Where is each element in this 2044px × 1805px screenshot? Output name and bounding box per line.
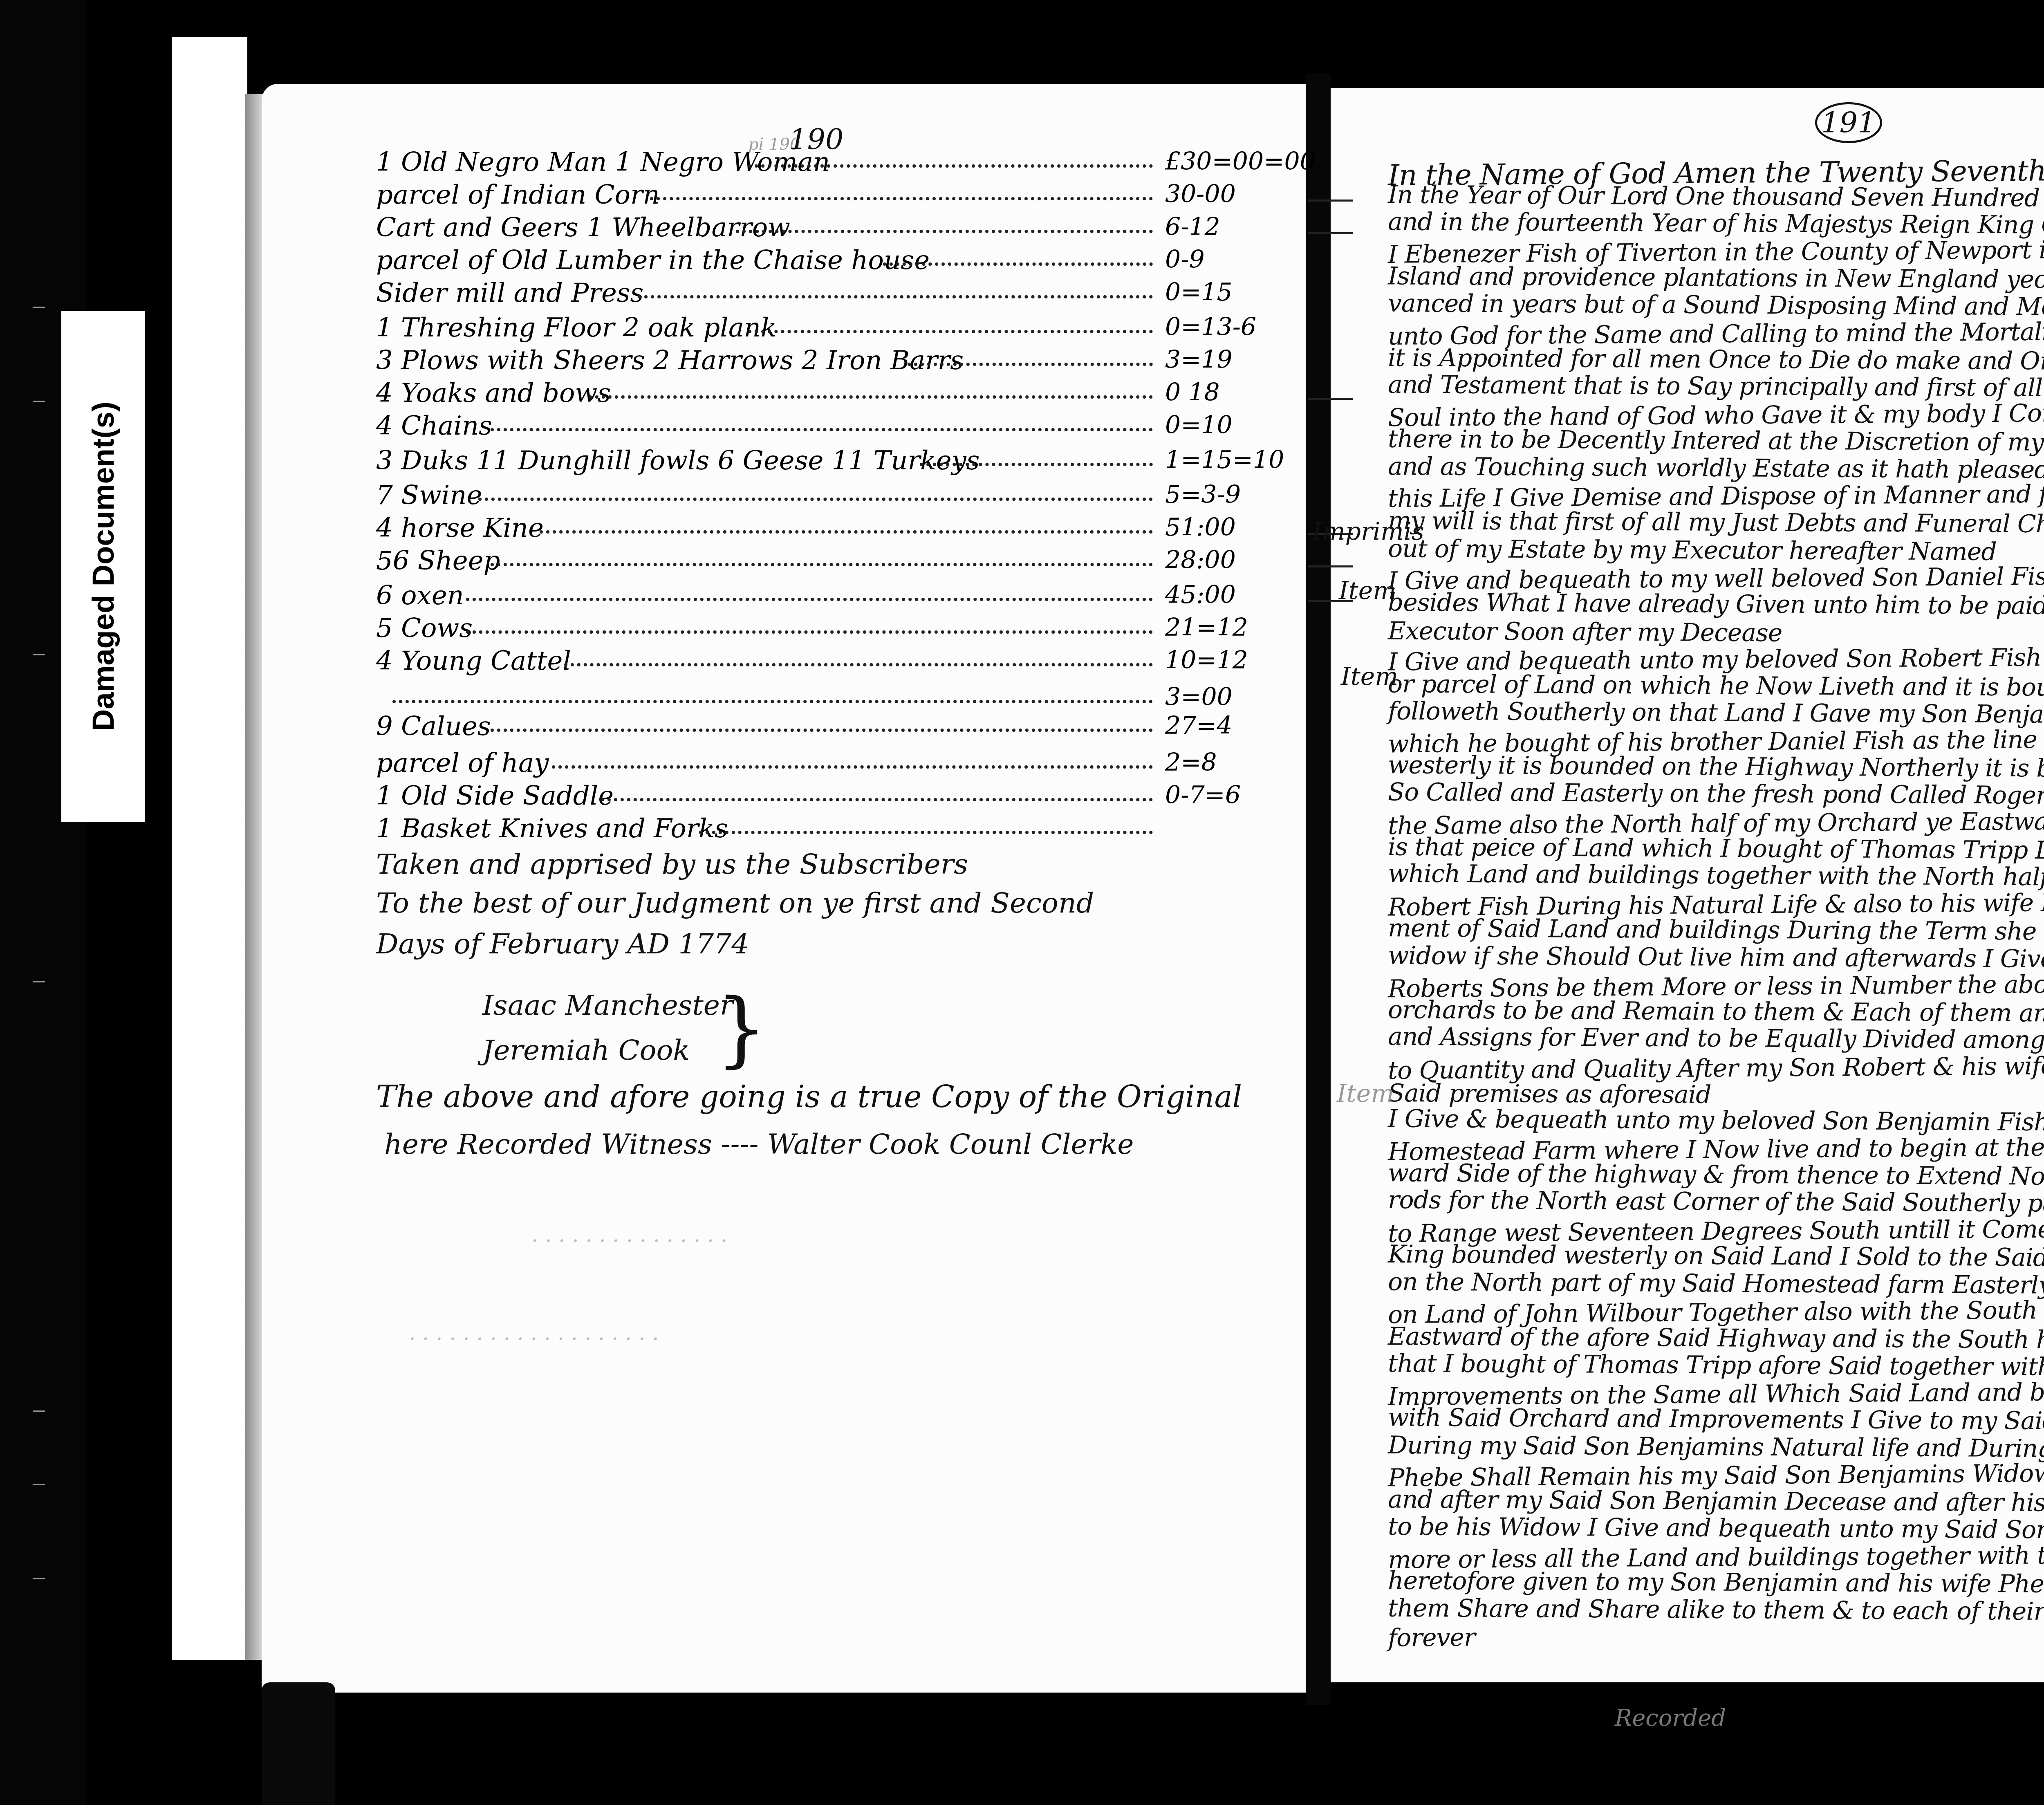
inventory-row: 4 Young Cattel10=12 (376, 646, 1316, 682)
leader-dots (466, 597, 1153, 601)
inventory-row: 4 Yoaks and bows0 18 (376, 378, 1316, 414)
inventory-item: 6 oxen (376, 581, 464, 611)
leader-dots (638, 294, 1153, 298)
leader-dots (908, 362, 1153, 366)
inventory-row: 1 Old Side Saddle0-7=6 (376, 781, 1316, 817)
leader-dots (491, 728, 1153, 732)
inventory-value: 30-00 (1165, 180, 1236, 209)
inventory-value: 1=15=10 (1165, 446, 1284, 474)
leader-dots (392, 699, 1153, 703)
margin-note-item: Item (1337, 1079, 1394, 1108)
inventory-row: 5 Cows21=12 (376, 613, 1316, 649)
inventory-row: 4 horse Kine51:00 (376, 513, 1316, 549)
attestation-line: To the best of our Judgment on ye first … (376, 887, 1094, 919)
inventory-row: 1 Old Negro Man 1 Negro Woman£30=00=00 (376, 147, 1316, 183)
leader-dots (478, 497, 1153, 501)
inventory-row: parcel of hay2=8 (376, 748, 1316, 784)
inventory-value: £30=00=00 (1165, 147, 1316, 176)
page-number-right: 191 (1815, 102, 1882, 143)
leader-dots (748, 329, 1153, 333)
leader-dots (883, 262, 1153, 266)
inventory-item: 9 Calues (376, 711, 491, 742)
inventory-item: 3 Plows with Sheers 2 Harrows 2 Iron Bar… (376, 345, 964, 376)
leader-dots (699, 830, 1153, 834)
inventory-item: 7 Swine (376, 480, 482, 511)
book-cover-edge (0, 0, 86, 1805)
cover-mark (33, 1578, 45, 1579)
cover-mark (33, 1410, 45, 1412)
inventory-item: parcel of Indian Corn (376, 180, 660, 210)
margin-note-item: Item (1341, 662, 1398, 691)
inventory-row: 1 Threshing Floor 2 oak plank0=13-6 (376, 313, 1316, 349)
inventory-row: 6 oxen45:00 (376, 581, 1316, 617)
inventory-value: 6-12 (1165, 213, 1220, 241)
leader-dots (491, 427, 1153, 431)
cover-mark (33, 981, 45, 982)
inventory-item: 4 Yoaks and bows (376, 378, 611, 408)
inventory-row: Cart and Geers 1 Wheelbarrow6-12 (376, 213, 1316, 249)
leader-dots (491, 562, 1153, 566)
signature-brace: } (715, 981, 767, 1076)
inventory-row: 1 Basket Knives and Forks (376, 814, 1316, 850)
inventory-item: parcel of Old Lumber in the Chaise house (376, 245, 930, 276)
inventory-item: 1 Basket Knives and Forks (376, 814, 728, 844)
certification-line: here Recorded Witness ---- Walter Cook C… (384, 1128, 1134, 1161)
will-line: and in the fourteenth Year of his Majest… (1388, 207, 2044, 240)
inventory-value: 0=10 (1165, 411, 1233, 439)
cover-mark (33, 1484, 45, 1485)
inventory-value: 3=00 (1165, 683, 1233, 711)
inventory-row: 3 Duks 11 Dunghill fowls 6 Geese 11 Turk… (376, 446, 1316, 482)
leader-dots (552, 765, 1153, 769)
inventory-item: Cart and Geers 1 Wheelbarrow (376, 213, 790, 243)
inventory-row: 3 Plows with Sheers 2 Harrows 2 Iron Bar… (376, 345, 1316, 381)
leader-dots (650, 196, 1153, 200)
leader-dots (589, 395, 1153, 399)
inventory-value: 45:00 (1165, 581, 1236, 609)
inventory-row: 7 Swine5=3-9 (376, 480, 1316, 516)
footer-faint-text: Recorded (1615, 1705, 1726, 1731)
leader-dots (466, 630, 1153, 634)
leader-dots (736, 229, 1153, 233)
inventory-value: 28:00 (1165, 546, 1236, 574)
inventory-value: 5=3-9 (1165, 480, 1241, 509)
signature-appraiser: Jeremiah Cook (482, 1034, 690, 1067)
value-rule (1308, 398, 1353, 400)
inventory-item: 4 horse Kine (376, 513, 544, 543)
inventory-item: 4 Young Cattel (376, 646, 571, 676)
inventory-row: Sider mill and Press0=15 (376, 278, 1316, 314)
attestation-line: Days of February AD 1774 (376, 928, 749, 960)
will-line: on the North part of my Said Homestead f… (1388, 1267, 2044, 1301)
inventory-value: 3=19 (1165, 345, 1233, 374)
will-line: besides What I have already Given unto h… (1388, 588, 2044, 621)
inventory-item: 4 Chains (376, 411, 492, 441)
inventory-value: 10=12 (1165, 646, 1248, 675)
will-line: that I bought of Thomas Tripp afore Said… (1388, 1349, 2044, 1383)
inventory-item: 1 Old Negro Man 1 Negro Woman (376, 147, 830, 177)
attestation-line: Taken and apprised by us the Subscribers (376, 848, 968, 881)
inventory-item: 1 Old Side Saddle (376, 781, 614, 811)
inventory-value: 0-7=6 (1165, 781, 1241, 809)
inventory-value: 2=8 (1165, 748, 1217, 777)
inventory-row: parcel of Old Lumber in the Chaise house… (376, 245, 1316, 281)
will-line: Executor Soon after my Decease (1388, 617, 1782, 647)
inventory-item: Sider mill and Press (376, 278, 643, 308)
flyleaf (172, 37, 247, 1660)
cover-mark (33, 307, 45, 308)
inventory-value: 0 18 (1165, 378, 1220, 407)
inventory-value: 21=12 (1165, 613, 1248, 642)
stamp-text: Damaged Document(s) (87, 401, 120, 731)
will-line: During my Said Son Benjamins Natural lif… (1388, 1431, 2044, 1464)
will-line: I Give & bequeath unto my beloved Son Be… (1388, 1104, 2044, 1138)
value-rule (1308, 232, 1353, 234)
inventory-row: parcel of Indian Corn30-00 (376, 180, 1316, 216)
inventory-value: 51:00 (1165, 513, 1236, 542)
inventory-row: 56 Sheep28:00 (376, 546, 1316, 582)
leader-dots (920, 462, 1153, 466)
cover-mark (33, 654, 45, 655)
leader-dots (540, 529, 1153, 534)
damaged-document-stamp: Damaged Document(s) (61, 311, 145, 822)
inventory-item: 56 Sheep (376, 546, 500, 576)
inventory-value: 0=13-6 (1165, 313, 1256, 341)
will-line: followeth Southerly on that Land I Gave … (1388, 697, 2044, 730)
will-line: widow if she Should Out live him and aft… (1388, 941, 2044, 975)
inventory-row: 4 Chains0=10 (376, 411, 1316, 447)
leader-dots (748, 164, 1153, 168)
inventory-value: 0=15 (1165, 278, 1233, 307)
inventory-row: 9 Calues27=4 (376, 711, 1316, 747)
certification-line: The above and afore going is a true Copy… (376, 1079, 1242, 1114)
cover-mark (33, 401, 45, 402)
margin-note-item: Item (1339, 576, 1396, 605)
will-line: vanced in years but of a Sound Disposing… (1388, 289, 2044, 323)
inventory-item: parcel of hay (376, 748, 549, 778)
bleed-through-text: . . . . . . . . . . . . . . . (531, 1222, 727, 1247)
signature-appraiser: Isaac Manchester (482, 989, 733, 1022)
value-rule (1308, 200, 1353, 202)
will-line: to be his Widow I Give and bequeath unto… (1388, 1512, 2044, 1546)
margin-note-imprimis: Imprimis (1312, 517, 1424, 546)
bleed-through-text: . . . . . . . . . . . . . . . . . . . (409, 1321, 659, 1345)
will-line: them Share and Share alike to them & to … (1388, 1594, 2044, 1628)
will-line: forever (1388, 1623, 1475, 1652)
inventory-value: 27=4 (1165, 711, 1233, 740)
value-rule (1308, 565, 1353, 567)
book-clasp (262, 1682, 335, 1805)
leader-dots (564, 662, 1153, 666)
inventory-item: 5 Cows (376, 613, 473, 644)
inventory-value: 0-9 (1165, 245, 1205, 274)
will-line: and Testament that is to Say principally… (1388, 370, 2044, 404)
inventory-item: 1 Threshing Floor 2 oak plank (376, 313, 777, 343)
leader-dots (601, 797, 1153, 801)
inventory-item: 3 Duks 11 Dunghill fowls 6 Geese 11 Turk… (376, 446, 980, 476)
will-line: out of my Estate by my Executor hereafte… (1388, 534, 1997, 566)
